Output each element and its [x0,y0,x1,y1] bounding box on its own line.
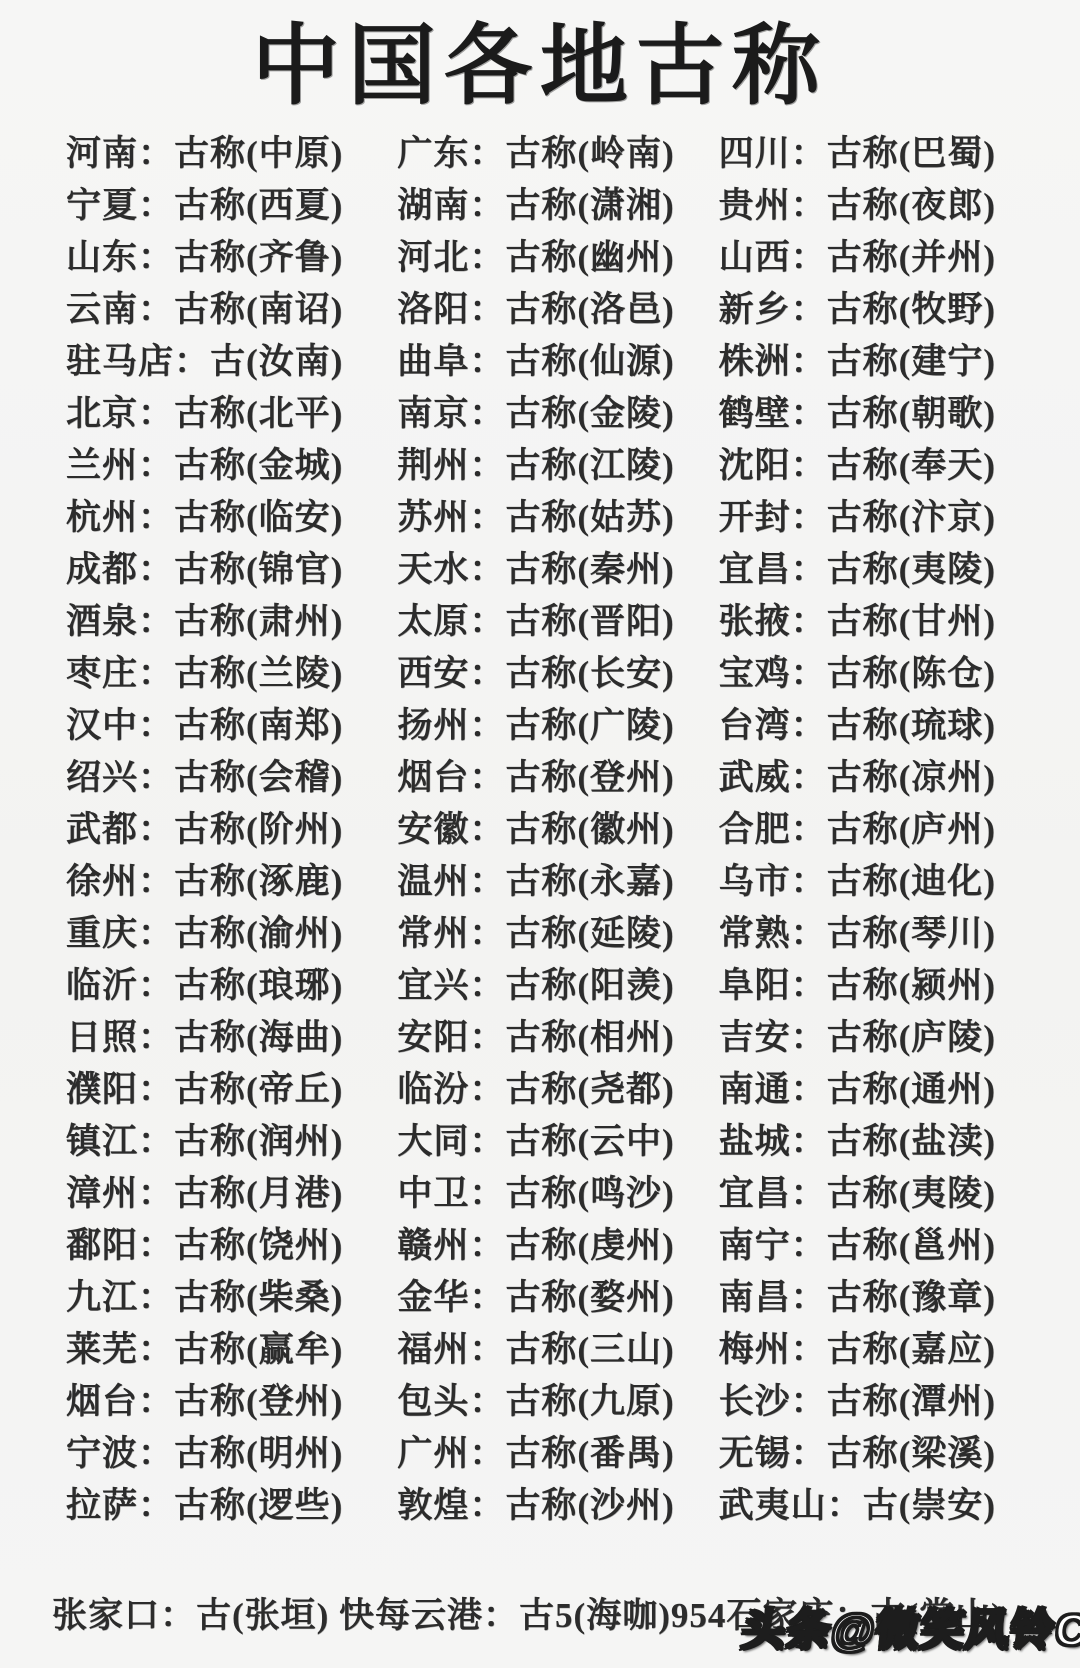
page-title: 中国各地古称 [0,0,1080,114]
place-entry: 乌市：古称(迪化) [719,856,1040,908]
place-entry: 吉安：古称(庐陵) [719,1012,1040,1064]
place-entry: 宜昌：古称(夷陵) [719,544,1040,596]
place-entry: 开封：古称(汴京) [719,492,1040,544]
place-entry: 临汾：古称(尧都) [397,1064,718,1116]
document-page: 中国各地古称 河南：古称(中原)宁夏：古称(西夏)山东：古称(齐鲁)云南：古称(… [0,0,1080,1668]
place-entry: 云南：古称(南诏) [66,284,387,336]
place-entry: 安徽：古称(徽州) [397,804,718,856]
place-entry: 阜阳：古称(颍州) [719,960,1040,1012]
place-entry: 株洲：古称(建宁) [719,336,1040,388]
place-entry: 温州：古称(永嘉) [397,856,718,908]
place-entry: 成都：古称(锦官) [66,544,387,596]
place-entry: 烟台：古称(登州) [66,1376,387,1428]
column-left: 河南：古称(中原)宁夏：古称(西夏)山东：古称(齐鲁)云南：古称(南诏)驻马店：… [40,128,387,1532]
place-entry: 湖南：古称(潇湘) [397,180,718,232]
place-entry: 武都：古称(阶州) [66,804,387,856]
place-entry: 徐州：古称(涿鹿) [66,856,387,908]
place-entry: 绍兴：古称(会稽) [66,752,387,804]
place-entry: 镇江：古称(润州) [66,1116,387,1168]
watermark: 头条@微笑风铃C≯ [739,1594,1080,1658]
place-entry: 宁夏：古称(西夏) [66,180,387,232]
place-entry: 山东：古称(齐鲁) [66,232,387,284]
place-entry: 张掖：古称(甘州) [719,596,1040,648]
place-entry: 贵州：古称(夜郎) [719,180,1040,232]
place-entry: 宜兴：古称(阳羡) [397,960,718,1012]
place-entry: 莱芜：古称(赢牟) [66,1324,387,1376]
place-entry: 天水：古称(秦州) [397,544,718,596]
place-entry: 合肥：古称(庐州) [719,804,1040,856]
place-entry: 拉萨：古称(逻些) [66,1480,387,1532]
place-entry: 洛阳：古称(洛邑) [397,284,718,336]
place-entry: 汉中：古称(南郑) [66,700,387,752]
place-entry: 安阳：古称(相州) [397,1012,718,1064]
place-entry: 大同：古称(云中) [397,1116,718,1168]
place-entry: 曲阜：古称(仙源) [397,336,718,388]
place-entry: 北京：古称(北平) [66,388,387,440]
place-entry: 武夷山：古(崇安) [719,1480,1040,1532]
place-entry: 荆州：古称(江陵) [397,440,718,492]
place-entry: 重庆：古称(渝州) [66,908,387,960]
place-entry: 福州：古称(三山) [397,1324,718,1376]
place-entry: 台湾：古称(琉球) [719,700,1040,752]
place-entry: 南京：古称(金陵) [397,388,718,440]
place-entry: 长沙：古称(潭州) [719,1376,1040,1428]
place-entry: 广东：古称(岭南) [397,128,718,180]
place-entry: 枣庄：古称(兰陵) [66,648,387,700]
place-entry: 鄱阳：古称(饶州) [66,1220,387,1272]
place-entry: 武威：古称(凉州) [719,752,1040,804]
place-entry: 中卫：古称(鸣沙) [397,1168,718,1220]
place-entry: 烟台：古称(登州) [397,752,718,804]
place-entry: 包头：古称(九原) [397,1376,718,1428]
place-entry: 山西：古称(并州) [719,232,1040,284]
place-entry: 新乡：古称(牧野) [719,284,1040,336]
place-entry: 盐城：古称(盐渎) [719,1116,1040,1168]
place-entry: 驻马店：古(汝南) [66,336,387,388]
place-entry: 漳州：古称(月港) [66,1168,387,1220]
place-entry: 常熟：古称(琴川) [719,908,1040,960]
place-entry: 广州：古称(番禺) [397,1428,718,1480]
place-entry: 无锡：古称(梁溪) [719,1428,1040,1480]
column-right: 四川：古称(巴蜀)贵州：古称(夜郎)山西：古称(并州)新乡：古称(牧野)株洲：古… [719,128,1040,1532]
place-entry: 敦煌：古称(沙州) [397,1480,718,1532]
column-middle: 广东：古称(岭南)湖南：古称(潇湘)河北：古称(幽州)洛阳：古称(洛邑)曲阜：古… [387,128,718,1532]
place-entry: 四川：古称(巴蜀) [719,128,1040,180]
place-entry: 河北：古称(幽州) [397,232,718,284]
place-entry: 宝鸡：古称(陈仓) [719,648,1040,700]
place-entry: 杭州：古称(临安) [66,492,387,544]
place-entry: 太原：古称(晋阳) [397,596,718,648]
place-entry: 扬州：古称(广陵) [397,700,718,752]
place-entry: 临沂：古称(琅琊) [66,960,387,1012]
place-entry: 金华：古称(婺州) [397,1272,718,1324]
place-entry: 酒泉：古称(肃州) [66,596,387,648]
place-entry: 兰州：古称(金城) [66,440,387,492]
place-entry: 九江：古称(柴桑) [66,1272,387,1324]
place-entry: 南昌：古称(豫章) [719,1272,1040,1324]
place-entry: 梅州：古称(嘉应) [719,1324,1040,1376]
place-entry: 西安：古称(长安) [397,648,718,700]
place-entry: 濮阳：古称(帝丘) [66,1064,387,1116]
place-entry: 常州：古称(延陵) [397,908,718,960]
place-entry: 南宁：古称(邕州) [719,1220,1040,1272]
entries-grid: 河南：古称(中原)宁夏：古称(西夏)山东：古称(齐鲁)云南：古称(南诏)驻马店：… [0,128,1080,1532]
place-entry: 鹤壁：古称(朝歌) [719,388,1040,440]
place-entry: 宜昌：古称(夷陵) [719,1168,1040,1220]
place-entry: 河南：古称(中原) [66,128,387,180]
place-entry: 宁波：古称(明州) [66,1428,387,1480]
place-entry: 日照：古称(海曲) [66,1012,387,1064]
place-entry: 苏州：古称(姑苏) [397,492,718,544]
place-entry: 沈阳：古称(奉天) [719,440,1040,492]
place-entry: 赣州：古称(虔州) [397,1220,718,1272]
place-entry: 南通：古称(通州) [719,1064,1040,1116]
